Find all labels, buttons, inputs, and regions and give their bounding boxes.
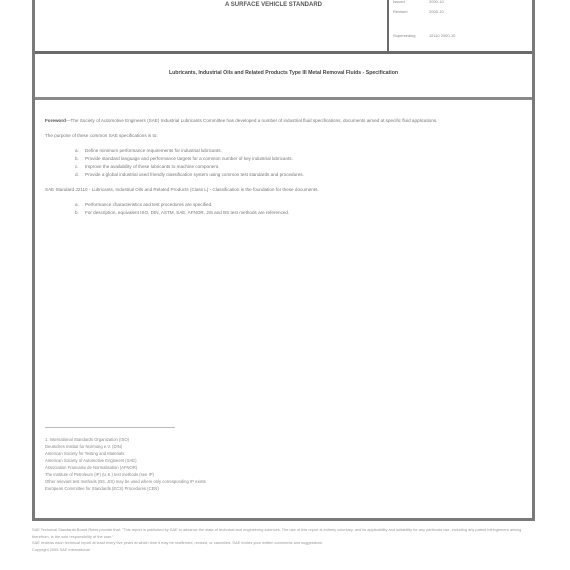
document-title: Lubricants, Industrial Oils and Related … — [35, 70, 532, 76]
title-box: Lubricants, Industrial Oils and Related … — [35, 51, 532, 100]
list-item: b.Provide standard language and performa… — [45, 155, 520, 162]
footnote-line: 1. International Standards Organization … — [45, 436, 206, 443]
footnote-line: Association Francaise de Normalisation (… — [45, 464, 206, 471]
footnote-line: The Institute of Petroleum (IP) (U.K.) t… — [45, 471, 206, 478]
meta-superseding: SupersedingJ2110 2000-10 — [393, 33, 415, 38]
list-item: a.Performance characteristics and test p… — [45, 201, 520, 208]
legal-footer: SAE Technical Standards Board Rules prov… — [32, 527, 540, 553]
footnotes: 1. International Standards Organization … — [45, 436, 206, 492]
footnote-line: American Society for Testing and Materia… — [45, 450, 206, 457]
list-item: d.Provide a global industrial used frien… — [45, 171, 520, 178]
purpose-list: a.Define minimum performance requirement… — [45, 147, 520, 178]
list-item: c.Improve the availability of these lubr… — [45, 163, 520, 170]
footnote-line: Deutsches Institut fur Normung e.V. (DIN… — [45, 443, 206, 450]
footer-line: Copyright 2005 SAE International — [32, 547, 540, 554]
standard-list: a.Performance characteristics and test p… — [45, 201, 520, 216]
list-item: a.Define minimum performance requirement… — [45, 147, 520, 154]
standard-intro: SAE Standard J2110 - Lubricants, Industr… — [45, 186, 520, 193]
standard-type: A SURFACE VEHICLE STANDARD — [225, 2, 322, 8]
document-frame: A SURFACE VEHICLE STANDARD Issued2000-10… — [32, 0, 535, 521]
list-item: b.For description, equivalent ISO, DIN, … — [45, 209, 520, 216]
footnote-line: European Committee for Standards (ECS) P… — [45, 485, 206, 492]
footnote-divider — [45, 427, 175, 428]
footnote-line: American Society of Automotive Engineers… — [45, 457, 206, 464]
foreword-paragraph: Foreword—The Society of Automotive Engin… — [45, 117, 520, 124]
footnote-line: Other relevant test methods (BS, JIS) ma… — [45, 478, 206, 485]
document-header: A SURFACE VEHICLE STANDARD Issued2000-10… — [35, 0, 532, 54]
meta-issued: Issued2000-10 — [393, 0, 405, 4]
document-body: Foreword—The Society of Automotive Engin… — [45, 117, 520, 224]
footer-line: SAE Technical Standards Board Rules prov… — [32, 527, 540, 540]
issue-meta: Issued2000-10 Revised2005-10 Superseding… — [387, 0, 532, 51]
purpose-intro: The purpose of these common SAE specific… — [45, 132, 520, 139]
meta-revised: Revised2005-10 — [393, 9, 407, 14]
